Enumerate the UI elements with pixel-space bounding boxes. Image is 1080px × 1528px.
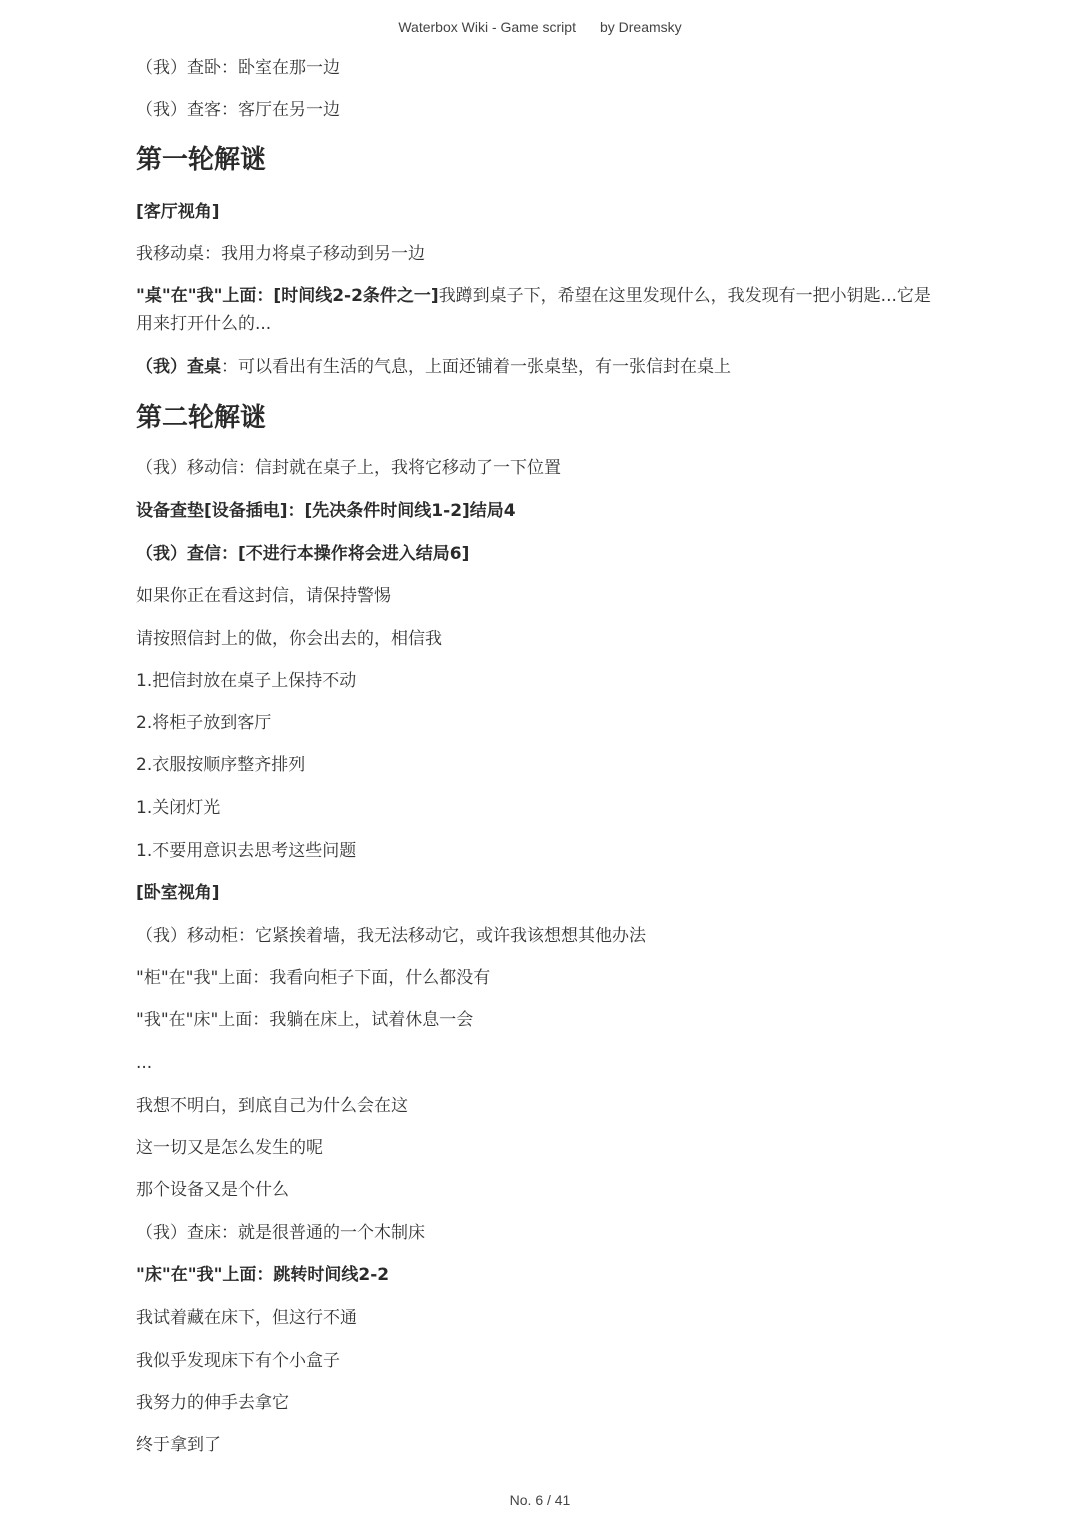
script-line: 我似乎发现床下有个小盒子	[136, 1349, 340, 1373]
scene-label-living-room: [客厅视角]	[136, 200, 220, 224]
script-line: （我）查卧：卧室在那一边	[136, 56, 340, 80]
script-line-mixed: "桌"在"我"上面：[时间线2-2条件之一]我蹲到桌子下，希望在这里发现什么，我…	[136, 282, 936, 338]
document-title: Waterbox Wiki - Game script	[398, 19, 576, 35]
ellipsis-line: ...	[136, 1051, 152, 1075]
letter-rule: 2.衣服按顺序整齐排列	[136, 753, 305, 777]
section-heading-round-2: 第二轮解谜	[136, 401, 266, 435]
letter-line: 请按照信封上的做，你会出去的，相信我	[136, 627, 442, 651]
script-line: "柜"在"我"上面：我看向柜子下面，什么都没有	[136, 966, 490, 990]
scene-label-bedroom: [卧室视角]	[136, 881, 220, 905]
script-line-bold-part: "桌"在"我"上面：[时间线2-2条件之一]	[136, 286, 439, 306]
letter-line: 如果你正在看这封信，请保持警惕	[136, 584, 391, 608]
letter-rule: 1.关闭灯光	[136, 796, 220, 820]
script-line: 终于拿到了	[136, 1433, 221, 1457]
script-line: 我试着藏在床下，但这行不通	[136, 1306, 357, 1330]
script-line-text-part: ：可以看出有生活的气息，上面还铺着一张桌垫，有一张信封在桌上	[221, 357, 731, 377]
letter-rule: 1.不要用意识去思考这些问题	[136, 839, 356, 863]
letter-rule: 1.把信封放在桌子上保持不动	[136, 669, 356, 693]
script-line: （我）移动柜：它紧挨着墙，我无法移动它，或许我该想想其他办法	[136, 924, 646, 948]
script-line: 我移动桌：我用力将桌子移动到另一边	[136, 242, 425, 266]
script-line: （我）查床：就是很普通的一个木制床	[136, 1221, 425, 1245]
document-author: by Dreamsky	[600, 19, 682, 35]
script-line-bold: "床"在"我"上面：跳转时间线2-2	[136, 1263, 389, 1287]
script-line: "我"在"床"上面：我躺在床上，试着休息一会	[136, 1008, 473, 1032]
script-line-bold: 设备查垫[设备插电]：[先决条件时间线1-2]结局4	[136, 499, 516, 523]
script-line-bold-part: （我）查桌	[136, 357, 221, 377]
monologue-line: 这一切又是怎么发生的呢	[136, 1136, 323, 1160]
script-line: 我努力的伸手去拿它	[136, 1391, 289, 1415]
monologue-line: 那个设备又是个什么	[136, 1178, 289, 1202]
script-line: （我）移动信：信封就在桌子上，我将它移动了一下位置	[136, 456, 561, 480]
page-number: No. 6 / 41	[0, 1492, 1080, 1508]
monologue-line: 我想不明白，到底自己为什么会在这	[136, 1094, 408, 1118]
script-line-mixed: （我）查桌：可以看出有生活的气息，上面还铺着一张桌垫，有一张信封在桌上	[136, 355, 731, 379]
letter-rule: 2.将柜子放到客厅	[136, 711, 271, 735]
script-line-bold: （我）查信：[不进行本操作将会进入结局6]	[136, 542, 469, 566]
page-header: Waterbox Wiki - Game scriptby Dreamsky	[0, 19, 1080, 35]
script-line: （我）查客：客厅在另一边	[136, 98, 340, 122]
section-heading-round-1: 第一轮解谜	[136, 143, 266, 177]
